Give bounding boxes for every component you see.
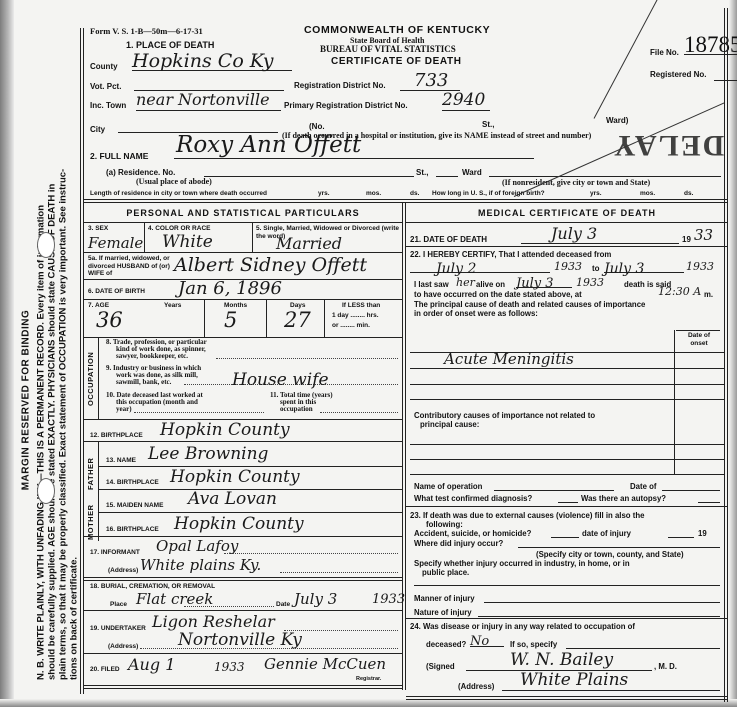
rule xyxy=(410,444,724,445)
rule xyxy=(406,618,728,619)
residence-st-label: St., xyxy=(416,168,428,177)
margin-instructions: MARGIN RESERVED FOR BINDING N. B. WRITE … xyxy=(21,120,80,680)
filed-label: 20. FILED xyxy=(90,666,120,674)
physician-signature: W. N. Bailey xyxy=(510,650,613,670)
pencil-mark-1 xyxy=(594,0,665,119)
date-of-death-label: 21. DATE OF DEATH xyxy=(410,235,487,244)
last-saw-date: July 3 xyxy=(516,276,554,291)
last-saw-label: I last saw xyxy=(414,280,449,289)
birthplace-label: 12. BIRTHPLACE xyxy=(90,432,143,440)
deceased-label: deceased? xyxy=(426,640,466,649)
physician-address-label: (Address) xyxy=(458,682,494,691)
nature-label: Nature of injury xyxy=(414,608,472,617)
if-so-label: If so, specify xyxy=(510,640,557,649)
registration-district-value: 733 xyxy=(414,70,448,91)
rule xyxy=(414,585,720,586)
place-of-death-heading: 1. PLACE OF DEATH xyxy=(126,40,214,50)
specify-label-2: public place. xyxy=(422,568,469,577)
city-ward-label: Ward) xyxy=(606,116,628,125)
undertaker-label: 19. UNDERTAKER xyxy=(90,625,146,633)
dob-value: Jan 6, 1896 xyxy=(178,278,282,299)
sex-label: 3. SEX xyxy=(88,225,108,233)
father-birthplace-label: 14. BIRTHPLACE xyxy=(106,479,159,487)
industry-label-3: sawmill, bank, etc. xyxy=(116,379,171,387)
foreign-ds: ds. xyxy=(684,190,693,198)
contributory-label-2: principal cause: xyxy=(420,420,479,429)
informant-address-field xyxy=(280,568,398,573)
full-name-value: Roxy Ann Offett xyxy=(176,132,361,158)
length-yrs: yrs. xyxy=(318,190,330,198)
autopsy-field xyxy=(698,494,720,503)
test-label: What test confirmed diagnosis? xyxy=(414,494,532,503)
deceased-value: No xyxy=(470,634,489,649)
mother-maiden-label: 15. MAIDEN NAME xyxy=(106,502,163,510)
industry-field: House wife xyxy=(184,370,398,385)
rule xyxy=(406,222,728,223)
informant-label: 17. INFORMANT xyxy=(90,549,140,557)
date-of-death-field: July 3 xyxy=(521,224,679,244)
mother-vertical-label: MOTHER xyxy=(86,505,95,541)
if-so-field xyxy=(566,640,720,649)
rule xyxy=(252,222,253,252)
birthplace-value: Hopkin County xyxy=(160,420,290,440)
date-of-onset-label: Date of onset xyxy=(682,332,716,347)
undertaker-address-label: (Address) xyxy=(108,643,138,651)
physician-address-field: White Plains xyxy=(502,670,720,691)
date-of-death-year: 33 xyxy=(694,226,713,244)
scan-edge-right xyxy=(729,0,737,707)
mother-maiden-value: Ava Lovan xyxy=(188,489,277,509)
rule xyxy=(324,299,325,337)
spouse-label: 5a. If married, widowed, or divorced HUS… xyxy=(88,255,172,278)
inc-town-field: near Nortonville xyxy=(136,90,281,111)
residence-sublabel: (Usual place of abode) xyxy=(136,177,212,186)
trade-label-3: sawyer, bookkeeper, etc. xyxy=(116,353,188,361)
contributory-label-1: Contributory causes of importance not re… xyxy=(414,411,595,420)
last-worked-label-3: year) xyxy=(116,406,132,414)
manner-label: Manner of injury xyxy=(414,594,475,603)
race-value: White xyxy=(162,232,213,252)
scan-edge-left xyxy=(0,0,14,707)
manner-field xyxy=(484,594,720,603)
test-field xyxy=(558,494,578,503)
divider-sections xyxy=(84,199,728,203)
informant-address-value: White plains Ky. xyxy=(140,556,261,574)
rule xyxy=(98,441,99,541)
foreign-birth-label: How long in U. S., if of foreign birth? xyxy=(432,190,545,198)
county-label: County xyxy=(90,62,118,71)
autopsy-label: Was there an autopsy? xyxy=(581,494,666,503)
physician-address-value: White Plains xyxy=(520,670,628,690)
section-divider xyxy=(402,202,406,690)
injury-date-label: date of injury xyxy=(582,529,631,538)
personal-heading: PERSONAL AND STATISTICAL PARTICULARS xyxy=(84,208,402,218)
time-of-death: 12:30 A xyxy=(658,285,701,298)
nature-field xyxy=(478,608,720,617)
rule xyxy=(98,337,99,419)
registered-no-label: Registered No. xyxy=(650,70,706,79)
last-saw-year: 1933 xyxy=(576,276,604,289)
registration-district-label: Registration District No. xyxy=(294,81,386,90)
signed-label: (Signed xyxy=(426,662,455,671)
rule xyxy=(84,222,402,223)
burial-date-value: July 3 xyxy=(294,590,337,608)
occurred-label: to have occurred on the date stated abov… xyxy=(414,290,582,299)
header-certificate: CERTIFICATE OF DEATH xyxy=(331,56,462,67)
attended-to-year: 1933 xyxy=(686,260,714,273)
registrar-label: Registrar. xyxy=(356,676,381,684)
where-injury-field xyxy=(518,539,720,548)
rule xyxy=(144,222,145,252)
principal-cause-label-2: in order of onset were as follows: xyxy=(414,309,538,318)
county-field: Hopkins Co Ky xyxy=(132,50,292,71)
occupation-related-label: 24. Was disease or injury in any way rel… xyxy=(410,622,635,631)
occupation-vertical-label: OCCUPATION xyxy=(86,352,95,406)
filed-year: 1933 xyxy=(214,660,245,674)
mother-birthplace-label: 16. BIRTHPLACE xyxy=(106,526,159,534)
rule xyxy=(410,368,724,369)
date-of-death-value: July 3 xyxy=(551,224,597,243)
punch-hole-bottom xyxy=(37,478,55,504)
file-no-label: File No. xyxy=(650,48,679,57)
signature-field: W. N. Bailey xyxy=(466,650,652,671)
certify-label: 22. I HEREBY CERTIFY, That I attended de… xyxy=(410,250,611,259)
attended-from-value: July 2 xyxy=(436,261,476,277)
foreign-mos: mos. xyxy=(640,190,655,198)
punch-hole-top xyxy=(37,232,55,258)
last-worked-field xyxy=(134,408,264,413)
burial-date-label: Date xyxy=(276,601,290,609)
county-value: Hopkins Co Ky xyxy=(132,50,274,72)
alive-on-label: alive on xyxy=(476,280,505,289)
last-saw-her: her xyxy=(456,276,475,289)
city-st-label: St., xyxy=(482,120,494,129)
father-name-label: 13. NAME xyxy=(106,457,136,465)
rule xyxy=(410,474,724,475)
death-certificate-form: Form V. S. 1-B—50m—6-17-31 COMMONWEALTH … xyxy=(80,28,728,694)
rule xyxy=(406,696,728,700)
injury-year-label: 19 xyxy=(698,529,707,538)
less-than-label: If LESS than xyxy=(342,302,380,310)
registration-district-field: 733 xyxy=(400,70,460,91)
length-residence-label: Length of residence in city or town wher… xyxy=(90,190,267,198)
attended-from-year: 1933 xyxy=(554,260,582,273)
header-commonwealth: COMMONWEALTH OF KENTUCKY xyxy=(304,24,490,36)
deceased-field: No xyxy=(470,632,504,647)
residence-ward-field xyxy=(489,168,721,177)
length-ds: ds. xyxy=(410,190,419,198)
vot-pct-label: Vot. Pct. xyxy=(90,82,121,91)
rule xyxy=(84,299,402,300)
margin-line-4: tions on back of certificate. xyxy=(69,120,80,680)
last-saw-date-field: July 3 xyxy=(516,274,572,288)
undertaker-value: Ligon Reshelar xyxy=(152,612,275,631)
burial-year: 1933 xyxy=(372,592,405,607)
father-birthplace-value: Hopkin County xyxy=(170,467,300,487)
spouse-value: Albert Sidney Offett xyxy=(174,254,367,276)
industry-value: House wife xyxy=(232,370,329,390)
age-days: 27 xyxy=(284,308,311,332)
date-of-death-year-prefix: 19 xyxy=(682,235,691,244)
injury-date-field xyxy=(668,529,694,538)
file-no-value: 18785 xyxy=(684,32,737,57)
rule xyxy=(410,384,724,385)
informant-address-label: (Address) xyxy=(108,567,138,575)
attended-to-value: July 3 xyxy=(604,261,644,277)
rule xyxy=(410,459,724,460)
undertaker-address-field xyxy=(140,644,398,649)
marital-value: Married xyxy=(276,234,342,253)
margin-line-2: should be carefully supplied. AGE should… xyxy=(47,120,58,680)
rule xyxy=(84,685,402,689)
file-no-field: 18785 xyxy=(684,32,737,55)
operation-label: Name of operation xyxy=(414,482,482,491)
full-name-label: 2. FULL NAME xyxy=(90,151,148,161)
attended-from-field: July 2 xyxy=(410,260,550,273)
right-border xyxy=(724,8,728,702)
rule xyxy=(410,399,724,400)
to-label: to xyxy=(592,264,600,273)
informant-field xyxy=(224,549,398,554)
less-than-day: 1 day ........ hrs. xyxy=(332,312,379,320)
external-label-1: 23. If death was due to external causes … xyxy=(410,511,644,520)
burial-place-label: Place xyxy=(110,601,127,609)
registrar-signature: Gennie McCuen xyxy=(264,655,386,673)
medical-heading: MEDICAL CERTIFICATE OF DEATH xyxy=(406,208,728,218)
margin-line-1: N. B. WRITE PLAINLY, WITH UNFADING INK—T… xyxy=(36,120,47,680)
where-injury-label: Where did injury occur? xyxy=(414,539,503,548)
years-label: Years xyxy=(164,302,181,310)
external-label-2: following: xyxy=(426,520,463,529)
primary-registration-label: Primary Registration District No. xyxy=(284,101,408,110)
accident-label: Accident, suicide, or homicide? xyxy=(414,529,531,538)
less-than-min: or ........ min. xyxy=(332,322,370,330)
residence-field xyxy=(204,168,414,177)
father-vertical-label: FATHER xyxy=(86,458,95,490)
form-id: Form V. S. 1-B—50m—6-17-31 xyxy=(90,26,203,36)
m-label: m. xyxy=(704,290,713,299)
filed-value: Aug 1 xyxy=(128,655,175,674)
operation-date-field xyxy=(662,482,720,491)
foreign-yrs: yrs. xyxy=(590,190,602,198)
dob-label: 6. DATE OF BIRTH xyxy=(88,288,145,296)
rule xyxy=(84,653,402,654)
principal-cause-value: Acute Meningitis xyxy=(444,350,574,368)
rule xyxy=(676,330,720,331)
sex-value: Female xyxy=(88,234,143,252)
rule xyxy=(84,610,402,611)
full-name-field: Roxy Ann Offett xyxy=(174,132,534,159)
rule xyxy=(84,252,402,253)
principal-cause-label-1: The principal cause of death and related… xyxy=(414,300,645,309)
accident-field xyxy=(551,529,579,538)
rule xyxy=(406,246,728,247)
scan-edge-bottom xyxy=(0,699,737,707)
father-name-value: Lee Browning xyxy=(148,444,268,464)
margin-line-3: plain terms, so that it may be properly … xyxy=(58,120,69,680)
attended-to-field: July 3 xyxy=(604,260,684,273)
header-bureau: BUREAU OF VITAL STATISTICS xyxy=(320,44,456,54)
operation-field xyxy=(494,482,614,491)
total-time-field xyxy=(320,408,398,413)
binding-margin: MARGIN RESERVED FOR BINDING N. B. WRITE … xyxy=(20,120,80,680)
rule xyxy=(266,299,267,337)
primary-registration-value: 2940 xyxy=(442,90,485,110)
total-time-label-3: occupation xyxy=(280,406,313,414)
rule xyxy=(84,536,402,537)
rule xyxy=(84,441,402,442)
mother-birthplace-value: Hopkin County xyxy=(174,514,304,534)
city-no-label: (No. xyxy=(309,122,325,131)
where-note: (Specify city or town, county, and State… xyxy=(536,550,684,559)
burial-place-field xyxy=(184,602,274,607)
rule xyxy=(98,512,402,513)
rule xyxy=(204,299,205,337)
primary-registration-field: 2940 xyxy=(442,90,490,111)
residence-st-field xyxy=(436,168,458,177)
binding-notice: MARGIN RESERVED FOR BINDING xyxy=(21,120,32,680)
city-label: City xyxy=(90,125,105,134)
inc-town-label: Inc. Town xyxy=(90,101,126,110)
residence-ward-label: Ward xyxy=(462,168,482,177)
specify-label-1: Specify whether injury occurred in indus… xyxy=(414,559,630,568)
length-mos: mos. xyxy=(366,190,381,198)
nonresident-note: (If nonresident, give city or town and S… xyxy=(502,178,650,187)
inc-town-value: near Nortonville xyxy=(136,90,270,109)
operation-date-label: Date of xyxy=(630,482,656,491)
age-months: 5 xyxy=(224,308,237,332)
residence-label: (a) Residence. No. xyxy=(106,168,175,177)
rule xyxy=(406,506,728,507)
trade-field xyxy=(216,352,398,359)
age-years: 36 xyxy=(96,308,123,332)
rule xyxy=(84,577,402,581)
